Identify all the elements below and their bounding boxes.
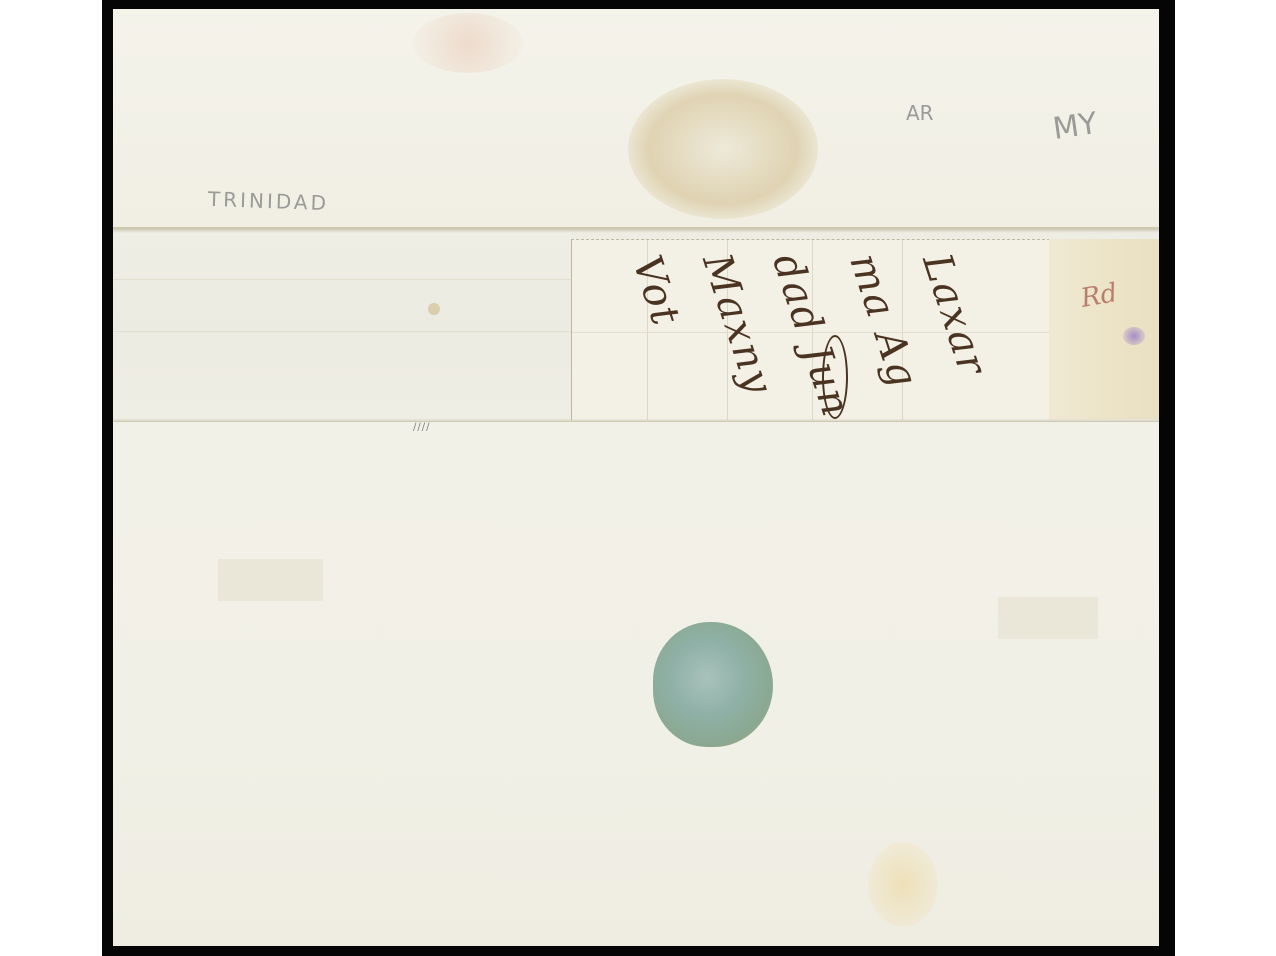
bottom-flap: ////	[113, 421, 1159, 946]
pencil-initials-ar: AR	[906, 101, 934, 125]
oval-flourish	[822, 335, 848, 419]
seal-stain	[628, 79, 818, 219]
middle-band: Vot Maxny dad Jun ma Ag Laxar Rd	[113, 229, 1159, 421]
offset-mark: ////	[413, 422, 430, 433]
faint-rectangle-right	[998, 597, 1098, 639]
fold-line	[113, 331, 571, 332]
red-ink-speckles	[413, 13, 523, 73]
pencil-initials-my: MY	[1051, 106, 1100, 147]
small-stain	[428, 303, 440, 315]
manuscript-line-4: ma Ag	[840, 248, 927, 394]
top-flap: TRINIDAD AR MY	[113, 9, 1159, 229]
faint-rectangle-left	[218, 559, 323, 601]
violet-ink-mark	[1123, 327, 1145, 345]
blank-fold-panel	[113, 229, 571, 421]
manuscript-line-5: Laxar	[913, 248, 996, 382]
red-crayon-note: Rd	[1079, 278, 1120, 314]
manuscript-panel: Vot Maxny dad Jun ma Ag Laxar	[571, 239, 1050, 420]
pencil-origin-note: TRINIDAD	[208, 187, 330, 215]
cream-stain	[868, 842, 938, 927]
fold-line	[113, 279, 571, 280]
manuscript-line-1: Vot	[623, 250, 689, 332]
discolored-strip	[1049, 239, 1159, 419]
letter-cover: TRINIDAD AR MY Vot Maxny dad Jun ma Ag L…	[113, 9, 1159, 946]
green-wax-seal	[653, 622, 773, 747]
